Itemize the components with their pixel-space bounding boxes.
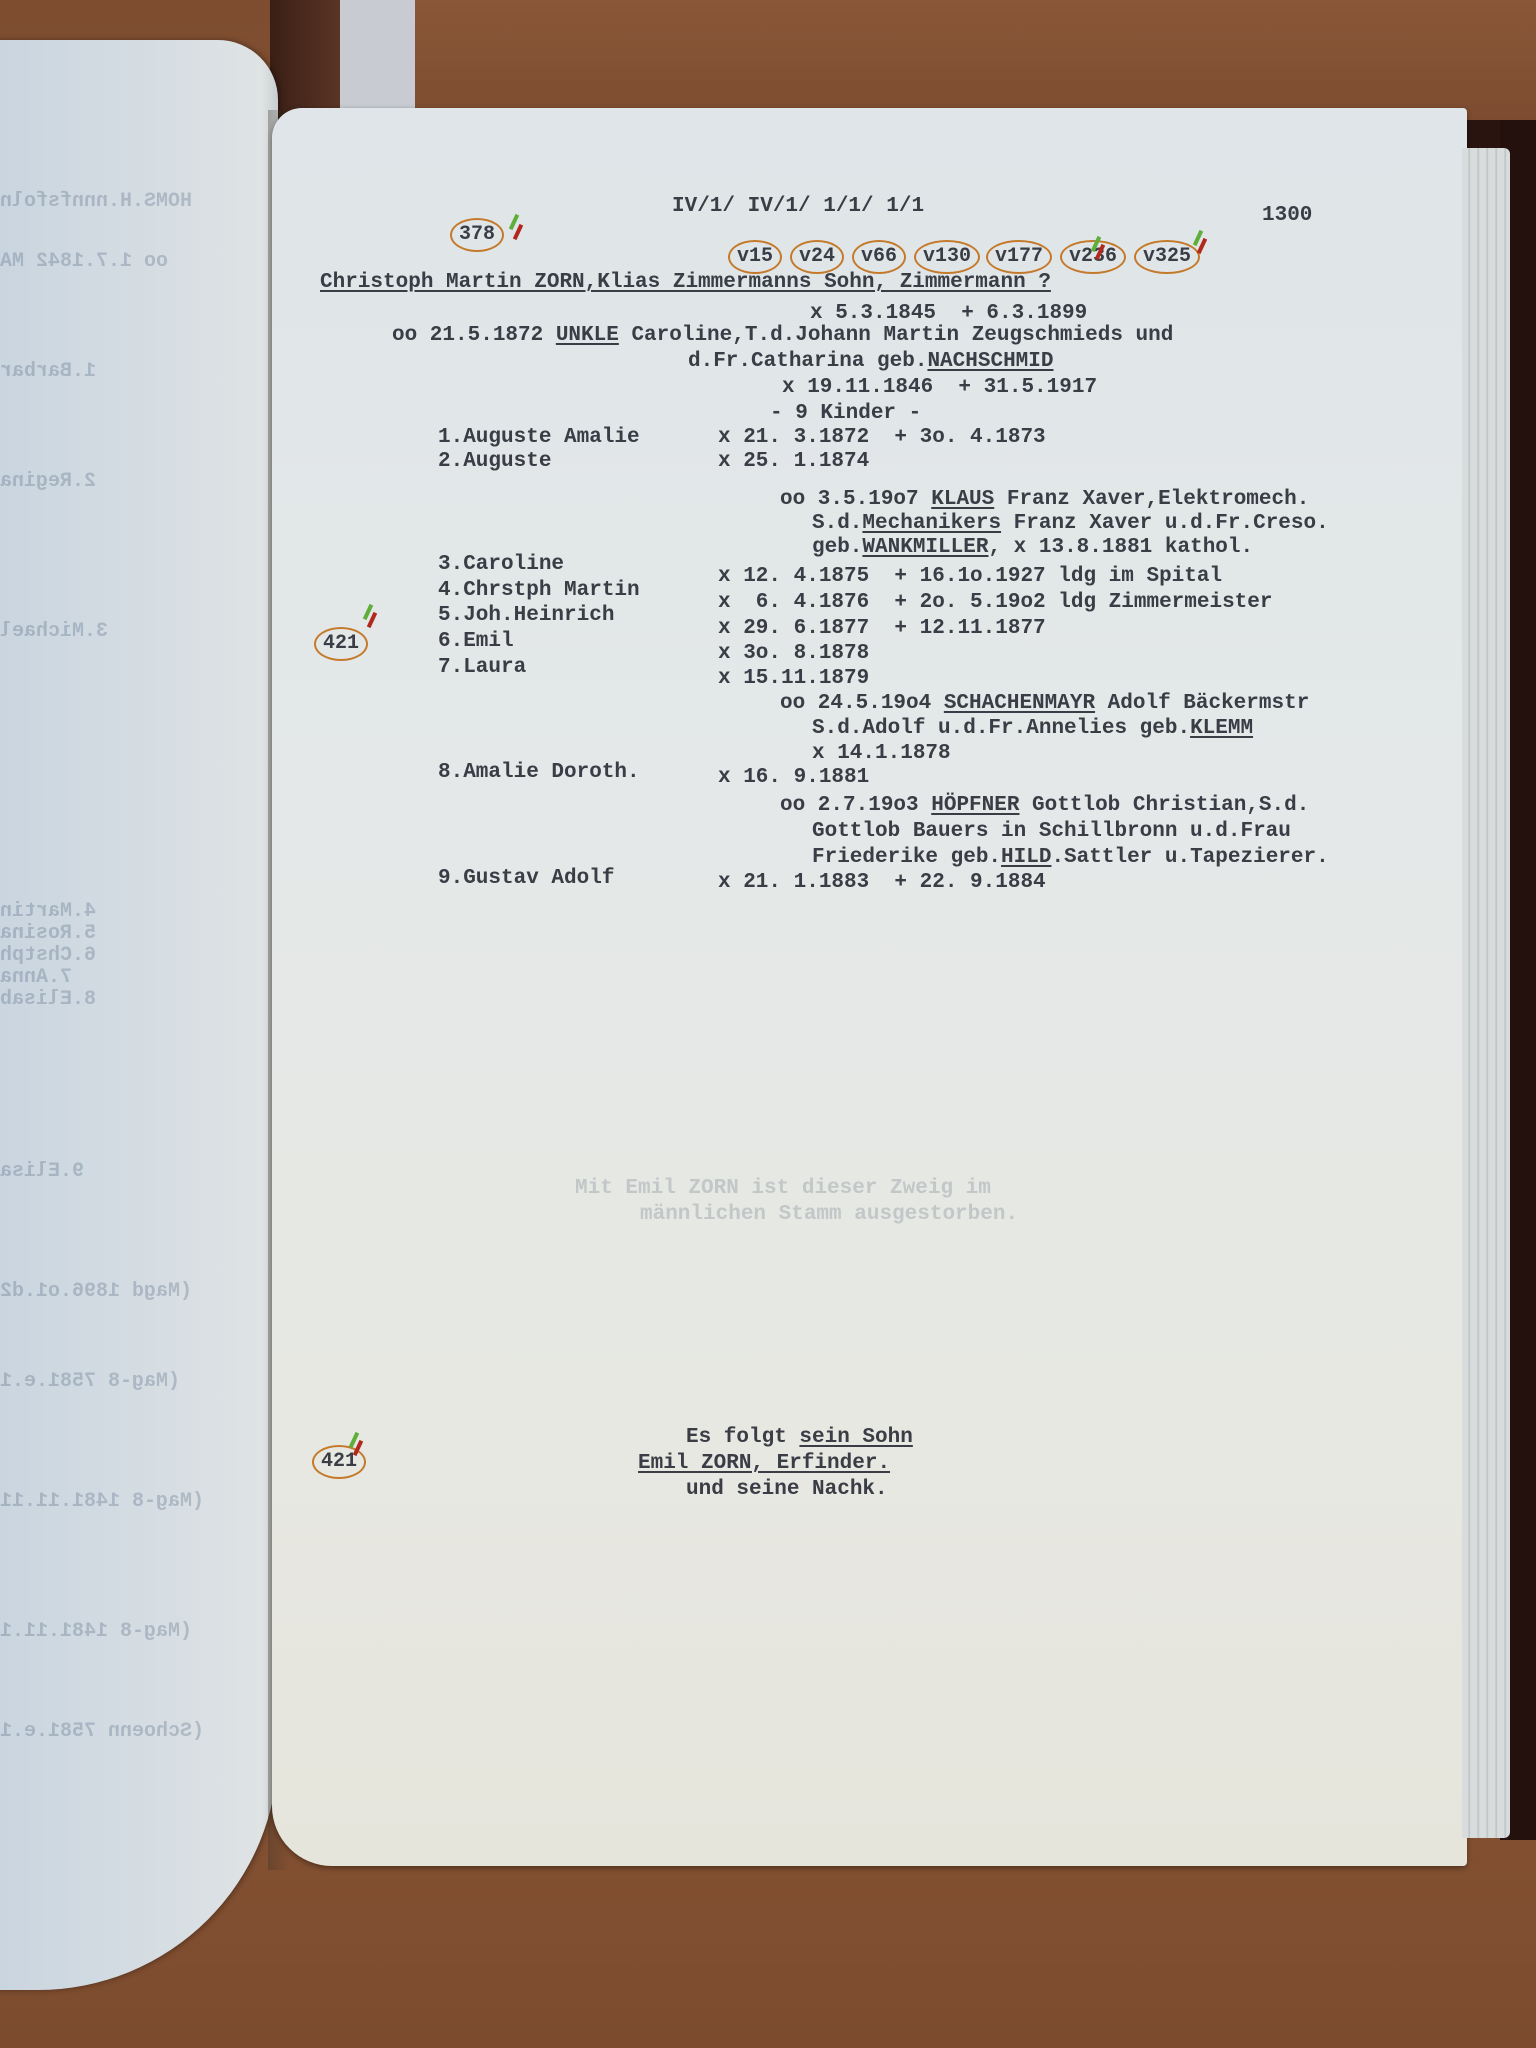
child-dates: x 21. 1.1883 + 22. 9.1884 — [718, 872, 1046, 893]
cross-reference-badge: v130 — [914, 240, 980, 274]
marriage-line-1: oo 21.5.1872 UNKLE Caroline,T.d.Johann M… — [392, 325, 1173, 346]
page-number: 1300 — [1262, 205, 1312, 226]
child8-marriage-2: Gottlob Bauers in Schillbronn u.d.Frau — [812, 821, 1291, 842]
child-name: 9.Gustav Adolf — [438, 868, 614, 889]
bleed-through-line-1: Mit Emil ZORN ist dieser Zweig im — [575, 1178, 991, 1199]
person-number-badge: 378 — [450, 218, 504, 252]
child-dates: x 16. 9.1881 — [718, 767, 869, 788]
cross-reference-badge: v177 — [986, 240, 1052, 274]
child-dates: x 12. 4.1875 + 16.1o.1927 ldg im Spital — [718, 566, 1222, 587]
person-birth-death: x 5.3.1845 + 6.3.1899 — [810, 303, 1087, 324]
child-dates: x 25. 1.1874 — [718, 451, 869, 472]
child-name: 5.Joh.Heinrich — [438, 605, 614, 626]
emil-reference: 421 — [323, 632, 359, 655]
marriage-line-2: d.Fr.Catharina geb.NACHSCHMID — [688, 351, 1053, 372]
child2-marriage-3: geb.WANKMILLER, x 13.8.1881 kathol. — [812, 537, 1253, 558]
header-reference: IV/1/ IV/1/ 1/1/ 1/1 — [672, 196, 924, 217]
checkmark-icon — [513, 224, 523, 240]
footer-line-3: und seine Nachk. — [686, 1479, 888, 1500]
child-dates: x 29. 6.1877 + 12.11.1877 — [718, 618, 1046, 639]
document-text: IV/1/ IV/1/ 1/1/ 1/1 1300 378 v15v24v66v… — [0, 0, 1536, 2048]
emil-reference-badge: 421 — [314, 627, 368, 661]
child2-marriage-1: oo 3.5.19o7 KLAUS Franz Xaver,Elektromec… — [780, 489, 1309, 510]
child-dates: x 15.11.1879 — [718, 668, 869, 689]
footer-reference: 421 — [321, 1450, 357, 1473]
child-dates: x 6. 4.1876 + 2o. 5.19o2 ldg Zimmermeist… — [718, 592, 1273, 613]
cross-reference-badge: v24 — [790, 240, 844, 274]
child-name: 4.Chrstph Martin — [438, 580, 640, 601]
footer-line-1: Es folgt sein Sohn — [686, 1427, 913, 1448]
child7-marriage-1: oo 24.5.19o4 SCHACHENMAYR Adolf Bäckerms… — [780, 693, 1309, 714]
child-name: 8.Amalie Doroth. — [438, 762, 640, 783]
child-name: 1.Auguste Amalie — [438, 427, 640, 448]
footer-line-2: Emil ZORN, Erfinder. — [638, 1453, 890, 1474]
cross-reference-badge: v66 — [852, 240, 906, 274]
child2-marriage-2: S.d.Mechanikers Franz Xaver u.d.Fr.Creso… — [812, 513, 1329, 534]
child7-marriage-3: x 14.1.1878 — [812, 743, 951, 764]
bleed-through-line-2: männlichen Stamm ausgestorben. — [640, 1204, 1018, 1225]
children-heading: - 9 Kinder - — [770, 403, 921, 424]
cross-reference-badge: v15 — [728, 240, 782, 274]
child-name: 7.Laura — [438, 657, 526, 678]
child-dates: x 3o. 8.1878 — [718, 643, 869, 664]
child-dates: x 21. 3.1872 + 3o. 4.1873 — [718, 427, 1046, 448]
child8-marriage-1: oo 2.7.19o3 HÖPFNER Gottlob Christian,S.… — [780, 795, 1309, 816]
child-name: 6.Emil — [438, 631, 514, 652]
child7-marriage-2: S.d.Adolf u.d.Fr.Annelies geb.KLEMM — [812, 718, 1253, 739]
cross-reference-badge: v325 — [1134, 240, 1200, 274]
spouse-birth-death: x 19.11.1846 + 31.5.1917 — [782, 377, 1097, 398]
child-name: 2.Auguste — [438, 451, 551, 472]
child8-marriage-3: Friederike geb.HILD.Sattler u.Tapezierer… — [812, 847, 1329, 868]
child-name: 3.Caroline — [438, 554, 564, 575]
person-number: 378 — [459, 223, 495, 246]
person-title: Christoph Martin ZORN,Klias Zimmermanns … — [320, 272, 1051, 293]
